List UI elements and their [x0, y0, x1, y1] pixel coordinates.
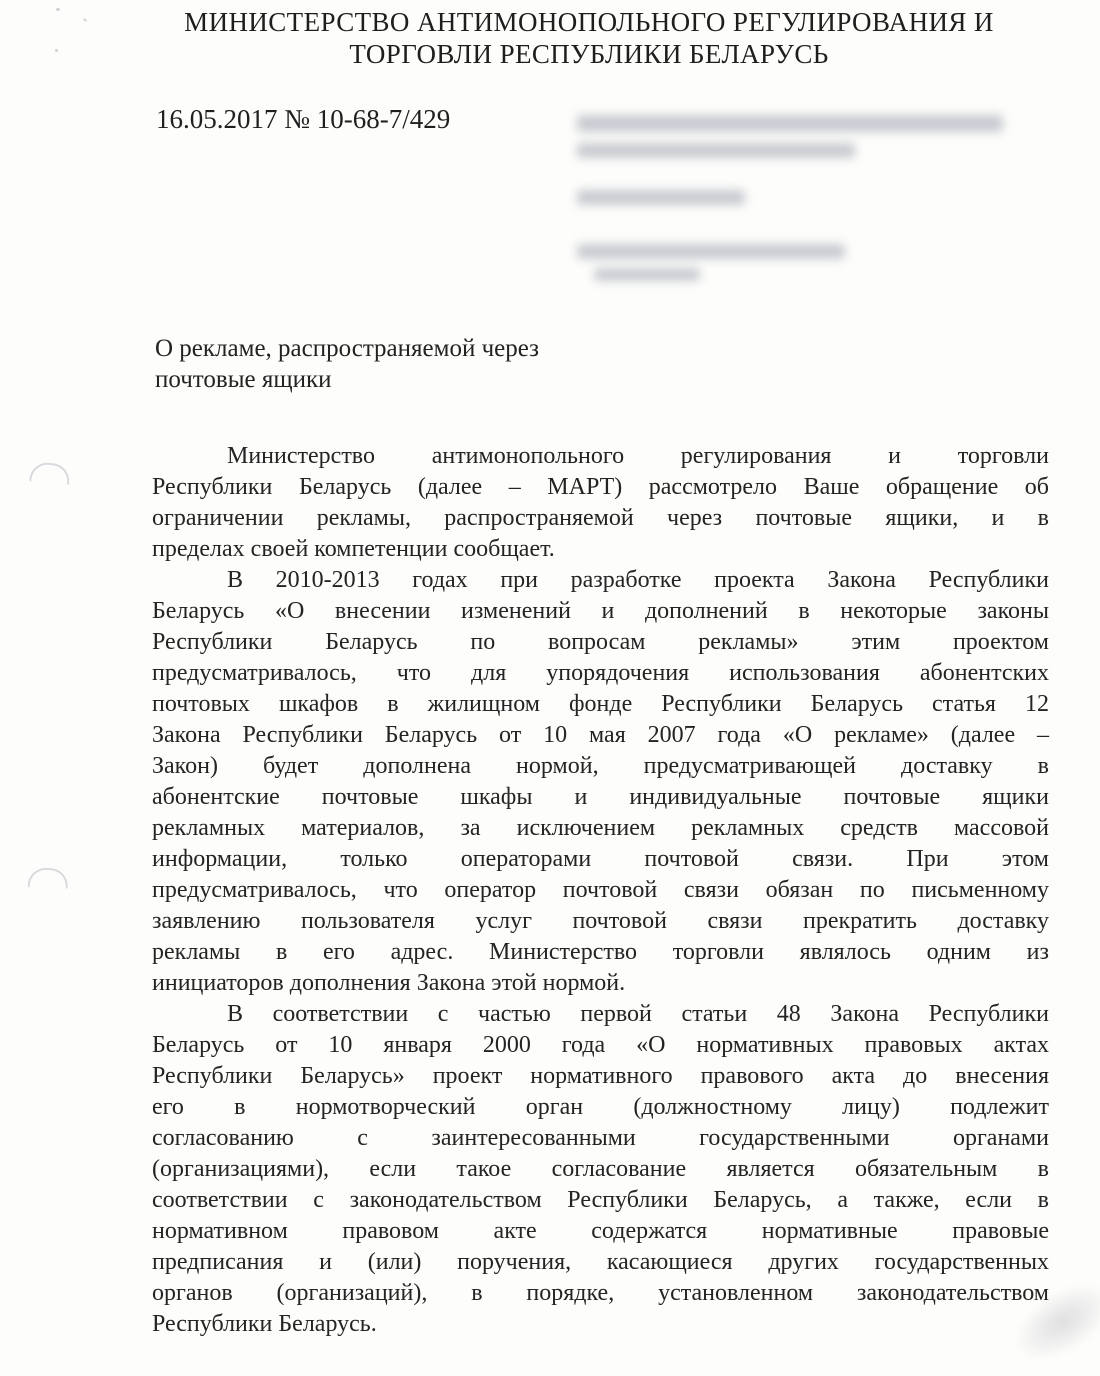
- punch-hole-mark: [29, 461, 71, 484]
- text-line: Республики Беларусь по вопросам рекламы»…: [152, 627, 1049, 658]
- text-line: инициаторов дополнения Закона этой нормо…: [152, 968, 1049, 999]
- redacted-recipient-line: [577, 190, 745, 205]
- text-line: рекламных материалов, за исключением рек…: [152, 813, 1049, 844]
- subject-line-1: О рекламе, распространяемой через: [155, 333, 539, 364]
- letter-body: Министерство антимонопольного регулирова…: [152, 441, 1049, 1340]
- redacted-recipient-line: [577, 115, 1003, 132]
- text-line: ограничении рекламы, распространяемой че…: [152, 503, 1049, 534]
- text-line: В соответствии с частью первой статьи 48…: [152, 999, 1049, 1030]
- text-line: предписания и (или) поручения, касающиес…: [152, 1247, 1049, 1278]
- scanned-letter-page: МИНИСТЕРСТВО АНТИМОНОПОЛЬНОГО РЕГУЛИРОВА…: [0, 0, 1100, 1376]
- text-line: Министерство антимонопольного регулирова…: [152, 441, 1049, 472]
- redacted-recipient-line: [594, 268, 700, 281]
- text-line: абонентские почтовые шкафы и индивидуаль…: [152, 782, 1049, 813]
- text-line: органов (организаций), в порядке, устано…: [152, 1278, 1049, 1309]
- text-line: соответствии с законодательством Республ…: [152, 1185, 1049, 1216]
- text-line: согласованию с заинтересованными государ…: [152, 1123, 1049, 1154]
- redacted-recipient-line: [577, 143, 855, 158]
- text-line: заявлению пользователя услуг почтовой св…: [152, 906, 1049, 937]
- scan-speck: [55, 49, 58, 52]
- text-line: (организациями), если такое согласование…: [152, 1154, 1049, 1185]
- punch-hole-mark: [28, 867, 69, 888]
- text-line: почтовых шкафов в жилищном фонде Республ…: [152, 689, 1049, 720]
- text-line: нормативном правовом акте содержатся нор…: [152, 1216, 1049, 1247]
- text-line: Республики Беларусь» проект нормативного…: [152, 1061, 1049, 1092]
- paragraph: В соответствии с частью первой статьи 48…: [152, 999, 1049, 1340]
- paragraph: В 2010-2013 годах при разработке проекта…: [152, 565, 1049, 999]
- text-line: пределах своей компетенции сообщает.: [152, 534, 1049, 565]
- text-line: предусматривалось, что оператор почтовой…: [152, 875, 1049, 906]
- redacted-recipient-line: [577, 244, 845, 259]
- text-line: информации, только операторами почтовой …: [152, 844, 1049, 875]
- letterhead: МИНИСТЕРСТВО АНТИМОНОПОЛЬНОГО РЕГУЛИРОВА…: [90, 6, 1088, 70]
- text-line: Закон) будет дополнена нормой, предусмат…: [152, 751, 1049, 782]
- ministry-name-line1: МИНИСТЕРСТВО АНТИМОНОПОЛЬНОГО РЕГУЛИРОВА…: [90, 6, 1088, 38]
- paragraph: Министерство антимонопольного регулирова…: [152, 441, 1049, 565]
- text-line: Республики Беларусь (далее – МАРТ) рассм…: [152, 472, 1049, 503]
- text-line: рекламы в его адрес. Министерство торгов…: [152, 937, 1049, 968]
- ministry-name-line2: ТОРГОВЛИ РЕСПУБЛИКИ БЕЛАРУСЬ: [90, 38, 1088, 70]
- text-line: Беларусь от 10 января 2000 года «О норма…: [152, 1030, 1049, 1061]
- scan-speck: [83, 18, 87, 22]
- date-reference-number: 16.05.2017 № 10-68-7/429: [156, 104, 450, 135]
- text-line: Закона Республики Беларусь от 10 мая 200…: [152, 720, 1049, 751]
- subject-line-2: почтовые ящики: [155, 364, 539, 395]
- text-line: его в нормотворческий орган (должностном…: [152, 1092, 1049, 1123]
- scan-speck: [56, 8, 60, 11]
- text-line: предусматривалось, что для упорядочения …: [152, 658, 1049, 689]
- text-line: В 2010-2013 годах при разработке проекта…: [152, 565, 1049, 596]
- text-line: Республики Беларусь.: [152, 1309, 1049, 1340]
- text-line: Беларусь «О внесении изменений и дополне…: [152, 596, 1049, 627]
- subject-line: О рекламе, распространяемой через почтов…: [155, 333, 539, 395]
